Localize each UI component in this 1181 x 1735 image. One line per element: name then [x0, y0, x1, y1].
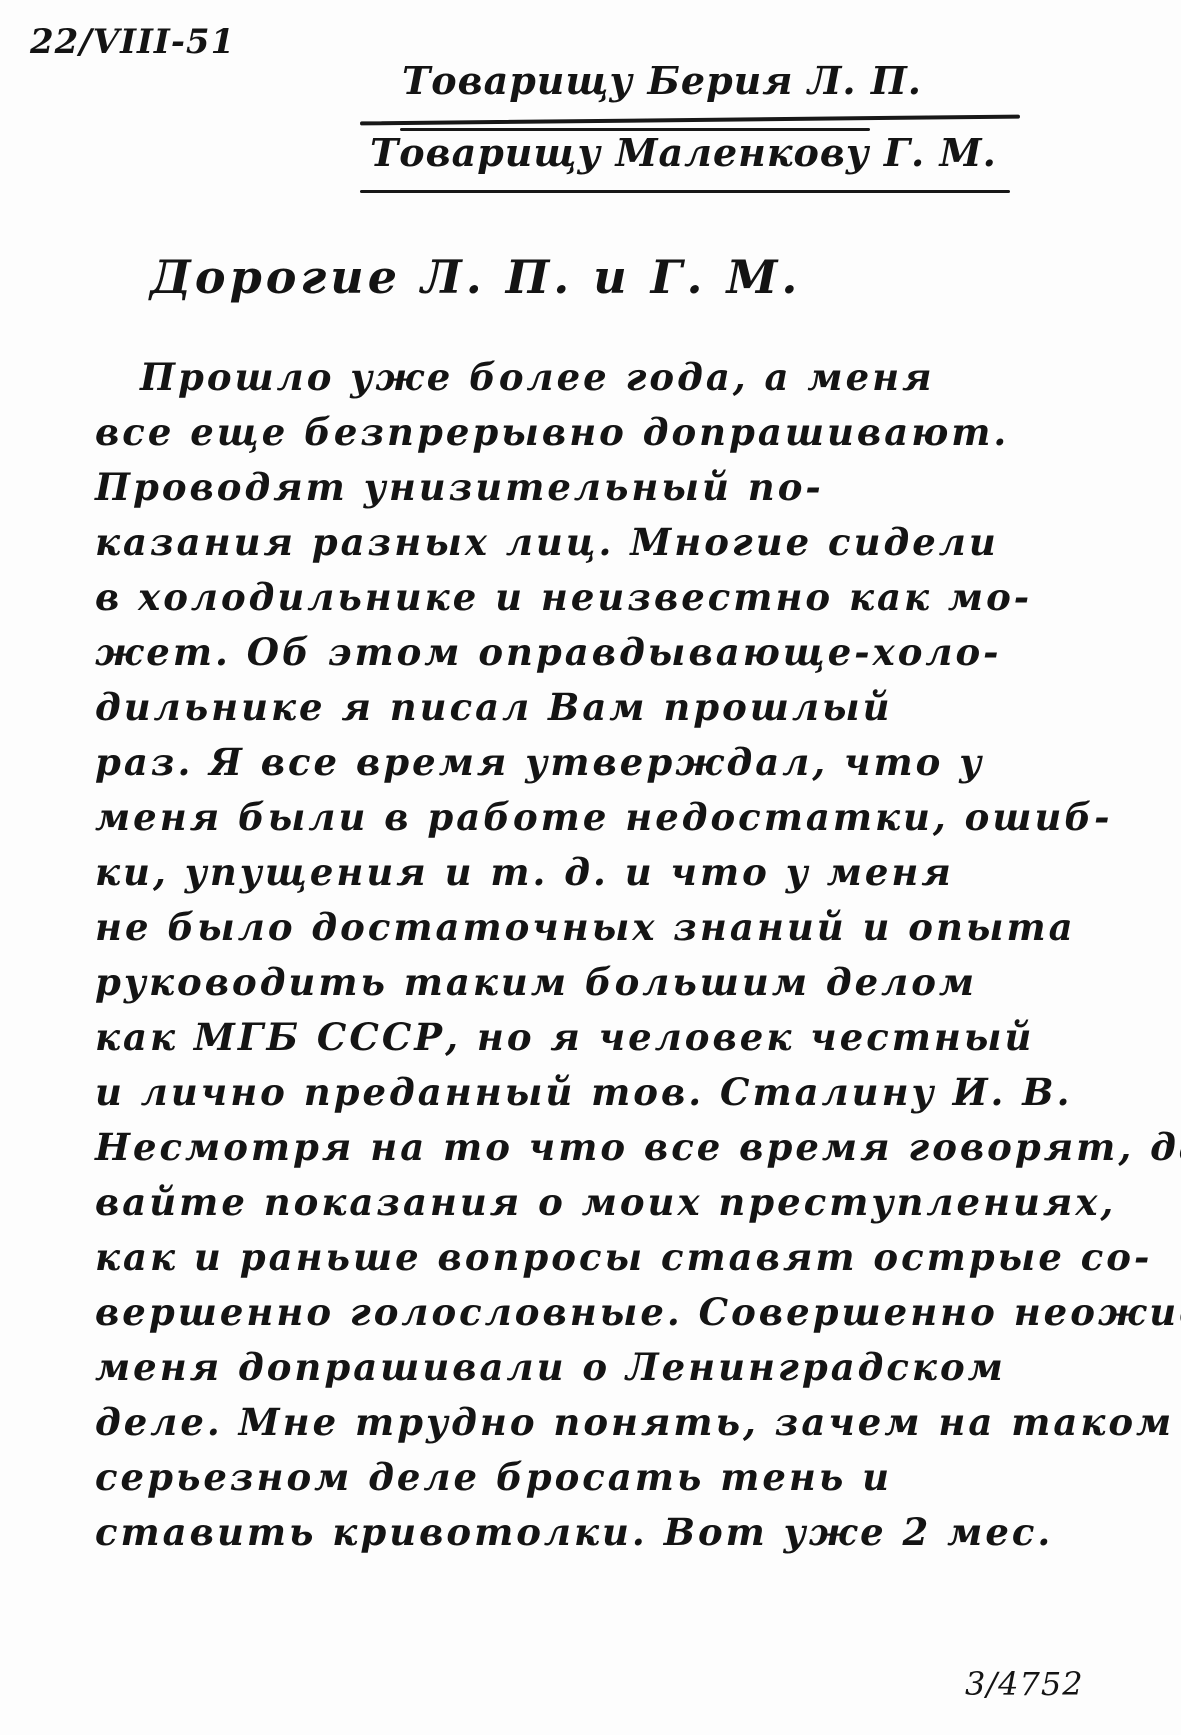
addressee-malenkov: Товарищу Маленкову Г. М.	[370, 130, 997, 175]
archive-number: 3/4752	[965, 1665, 1084, 1703]
body-line: Несмотря на то что все время говорят, да…	[95, 1125, 1181, 1169]
letter-date: 22/VIII-51	[30, 22, 235, 62]
body-line: и лично преданный тов. Сталину И. В.	[95, 1070, 1072, 1114]
body-line: в холодильнике и неизвестно как мо-	[95, 575, 1032, 619]
body-line: деле. Мне трудно понять, зачем на таком	[95, 1400, 1174, 1444]
handwritten-letter-page: 22/VIII-51 Товарищу Берия Л. П. Товарищу…	[0, 0, 1181, 1735]
body-line: раз. Я все время утверждал, что у	[95, 740, 984, 784]
body-line: ки, упущения и т. д. и что у меня	[95, 850, 954, 894]
body-line: меня были в работе недостатки, ошиб-	[95, 795, 1112, 839]
body-line: вайте показания о моих преступлениях,	[95, 1180, 1116, 1224]
body-line: руководить таким большим делом	[95, 960, 977, 1004]
body-line: серьезном деле бросать тень и	[95, 1455, 892, 1499]
addressee-beria: Товарищу Берия Л. П.	[402, 58, 922, 103]
body-line: вершенно голословные. Совершенно неожида…	[95, 1290, 1181, 1334]
body-line: дильнике я писал Вам прошлый	[95, 685, 893, 729]
body-line: Прошло уже более года, а меня	[140, 355, 935, 399]
addressee-underline-1	[360, 115, 1020, 126]
body-line: жет. Об этом оправдывающе-холо-	[95, 630, 1002, 674]
body-line: не было достаточных знаний и опыта	[95, 905, 1076, 949]
body-line: ставить кривотолки. Вот уже 2 мес.	[95, 1510, 1053, 1554]
body-line: как и раньше вопросы ставят острые со-	[95, 1235, 1152, 1279]
addressee-underline-2	[360, 190, 1010, 193]
body-line: казания разных лиц. Многие сидели	[95, 520, 999, 564]
body-line: Проводят унизительный по-	[95, 465, 824, 509]
body-line: все еще безпрерывно допрашивают.	[95, 410, 1009, 454]
body-line: как МГБ СССР, но я человек честный	[95, 1015, 1034, 1059]
body-line: меня допрашивали о Ленинградском	[95, 1345, 1006, 1389]
salutation: Дорогие Л. П. и Г. М.	[150, 250, 801, 304]
